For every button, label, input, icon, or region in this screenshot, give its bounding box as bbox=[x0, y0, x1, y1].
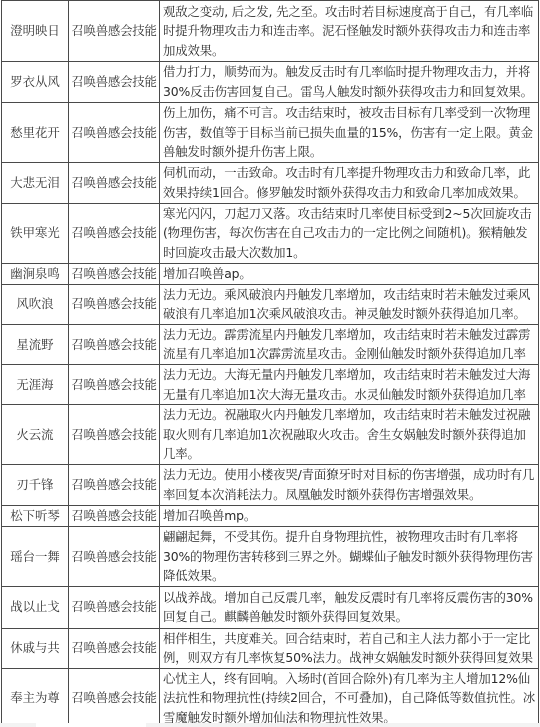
skill-name-cell: 幽涧泉鸣 bbox=[2, 263, 69, 284]
skill-type-cell: 召唤兽感会技能 bbox=[69, 586, 160, 628]
table-row: 风吹浪召唤兽感会技能法力无边。乘风破浪内丹触发几率增加，攻击结束时若未触发过乘风… bbox=[2, 284, 539, 324]
skill-name-cell: 刃千锋 bbox=[2, 464, 69, 505]
skill-name-cell: 铁甲寒光 bbox=[2, 203, 69, 263]
skill-name-cell: 风吹浪 bbox=[2, 284, 69, 324]
table-row: 澄明映日召唤兽感会技能观敌之变动, 后之发, 先之至。攻击时若目标速度高于自己，… bbox=[2, 1, 539, 62]
skill-type-cell: 召唤兽感会技能 bbox=[69, 1, 160, 62]
skill-description-cell: 相伴相生，共度难关。回合结束时，若自己和主人法力都小于一定比例，则双方有几率恢复… bbox=[160, 628, 539, 668]
table-row: 刃千锋召唤兽感会技能法力无边。使用小楼夜哭/青面獠牙时对目标的伤害增强，成功时有… bbox=[2, 464, 539, 505]
skill-type-cell: 召唤兽感会技能 bbox=[69, 203, 160, 263]
skill-description-cell: 寒光闪闪，刀起刀又落。攻击结束时几率使目标受到2~5次回旋攻击(物理伤害，每次伤… bbox=[160, 203, 539, 263]
skill-description-cell: 以战养战。增加自己反震几率，触发反震时有几率将反震伤害的30%回复自己。麒麟兽触… bbox=[160, 586, 539, 628]
skill-description-cell: 借力打力，顺势而为。触发反击时有几率临时提升物理攻击力，并将30%反击伤害回复自… bbox=[160, 62, 539, 103]
skill-description-cell: 伤上加伤，痛不可言。攻击结束时，被攻击目标有几率受到一次物理伤害，数值等于目标当… bbox=[160, 103, 539, 163]
table-row: 铁甲寒光召唤兽感会技能寒光闪闪，刀起刀又落。攻击结束时几率使目标受到2~5次回旋… bbox=[2, 203, 539, 263]
skill-description-cell: 增加召唤兽ap。 bbox=[160, 263, 539, 284]
skill-description-cell: 增加召唤兽mp。 bbox=[160, 505, 539, 526]
table-row: 松下听琴召唤兽感会技能增加召唤兽mp。 bbox=[2, 505, 539, 526]
table-row: 罗衣从风召唤兽感会技能借力打力，顺势而为。触发反击时有几率临时提升物理攻击力，并… bbox=[2, 62, 539, 103]
skill-description-cell: 法力无边。大海无量内丹触发几率增加，攻击结束时若未触发过大海无量有几率追加1次大… bbox=[160, 364, 539, 404]
skill-type-cell: 召唤兽感会技能 bbox=[69, 62, 160, 103]
table-row: 火云流召唤兽感会技能法力无边。祝融取火内丹触发几率增加，攻击结束时若未触发过祝融… bbox=[2, 405, 539, 465]
skill-name-cell: 松下听琴 bbox=[2, 505, 69, 526]
table-row: 无涯海召唤兽感会技能法力无边。大海无量内丹触发几率增加，攻击结束时若未触发过大海… bbox=[2, 364, 539, 404]
skill-type-cell: 召唤兽感会技能 bbox=[69, 103, 160, 163]
skill-name-cell: 火云流 bbox=[2, 405, 69, 465]
skill-type-cell: 召唤兽感会技能 bbox=[69, 628, 160, 668]
skill-name-cell: 澄明映日 bbox=[2, 1, 69, 62]
skill-type-cell: 召唤兽感会技能 bbox=[69, 364, 160, 404]
skill-type-cell: 召唤兽感会技能 bbox=[69, 324, 160, 364]
table-row: 大悲无泪召唤兽感会技能伺机而动，一击致命。攻击时有几率提升物理攻击力和致命几率，… bbox=[2, 162, 539, 203]
bottom-strip bbox=[0, 723, 540, 727]
skill-description-cell: 法力无边。乘风破浪内丹触发几率增加，攻击结束时若未触发过乘风破浪有几率追加1次乘… bbox=[160, 284, 539, 324]
skill-type-cell: 召唤兽感会技能 bbox=[69, 526, 160, 586]
skill-type-cell: 召唤兽感会技能 bbox=[69, 505, 160, 526]
skill-description-cell: 法力无边。霹雳流星内丹触发几率增加，攻击结束时若未触发过霹雳流星有几率追加1次霹… bbox=[160, 324, 539, 364]
skill-type-cell: 召唤兽感会技能 bbox=[69, 405, 160, 465]
skill-description-cell: 心忧主人，终有回响。入场时(首回合除外)有几率为主人增加12%仙法抗性和物理抗性… bbox=[160, 668, 539, 727]
skill-name-cell: 战以止戈 bbox=[2, 586, 69, 628]
skill-type-cell: 召唤兽感会技能 bbox=[69, 464, 160, 505]
skill-type-cell: 召唤兽感会技能 bbox=[69, 284, 160, 324]
skill-name-cell: 星流野 bbox=[2, 324, 69, 364]
table-row: 瑶台一舞召唤兽感会技能翩翩起舞，不受其伤。提升自身物理抗性，被物理攻击时有几率将… bbox=[2, 526, 539, 586]
skill-description-cell: 翩翩起舞，不受其伤。提升自身物理抗性，被物理攻击时有几率将30%的物理伤害转移到… bbox=[160, 526, 539, 586]
table-row: 战以止戈召唤兽感会技能以战养战。增加自己反震几率，触发反震时有几率将反震伤害的3… bbox=[2, 586, 539, 628]
skill-type-cell: 召唤兽感会技能 bbox=[69, 263, 160, 284]
table-row: 休戚与共召唤兽感会技能相伴相生，共度难关。回合结束时，若自己和主人法力都小于一定… bbox=[2, 628, 539, 668]
skill-name-cell: 愁里花开 bbox=[2, 103, 69, 163]
skill-description-cell: 法力无边。祝融取火内丹触发几率增加，攻击结束时若未触发过祝融取火则有几率追加1次… bbox=[160, 405, 539, 465]
skill-name-cell: 罗衣从风 bbox=[2, 62, 69, 103]
table-row: 愁里花开召唤兽感会技能伤上加伤，痛不可言。攻击结束时，被攻击目标有几率受到一次物… bbox=[2, 103, 539, 163]
skill-name-cell: 奉主为尊 bbox=[2, 668, 69, 727]
skill-name-cell: 大悲无泪 bbox=[2, 162, 69, 203]
table-row: 幽涧泉鸣召唤兽感会技能增加召唤兽ap。 bbox=[2, 263, 539, 284]
skill-name-cell: 休戚与共 bbox=[2, 628, 69, 668]
skill-type-cell: 召唤兽感会技能 bbox=[69, 668, 160, 727]
skill-description-cell: 伺机而动，一击致命。攻击时有几率提升物理攻击力和致命几率，此效果持续1回合。修罗… bbox=[160, 162, 539, 203]
bottom-strip-segment bbox=[36, 723, 146, 727]
skill-type-cell: 召唤兽感会技能 bbox=[69, 162, 160, 203]
skill-description-cell: 法力无边。使用小楼夜哭/青面獠牙时对目标的伤害增强，成功时有几率回复本次消耗法力… bbox=[160, 464, 539, 505]
table-row: 星流野召唤兽感会技能法力无边。霹雳流星内丹触发几率增加，攻击结束时若未触发过霹雳… bbox=[2, 324, 539, 364]
skill-name-cell: 无涯海 bbox=[2, 364, 69, 404]
skill-name-cell: 瑶台一舞 bbox=[2, 526, 69, 586]
table-row: 奉主为尊召唤兽感会技能心忧主人，终有回响。入场时(首回合除外)有几率为主人增加1… bbox=[2, 668, 539, 727]
skills-table: 澄明映日召唤兽感会技能观敌之变动, 后之发, 先之至。攻击时若目标速度高于自己，… bbox=[1, 0, 539, 727]
skill-description-cell: 观敌之变动, 后之发, 先之至。攻击时若目标速度高于自己，有几率临时提升物理攻击… bbox=[160, 1, 539, 62]
